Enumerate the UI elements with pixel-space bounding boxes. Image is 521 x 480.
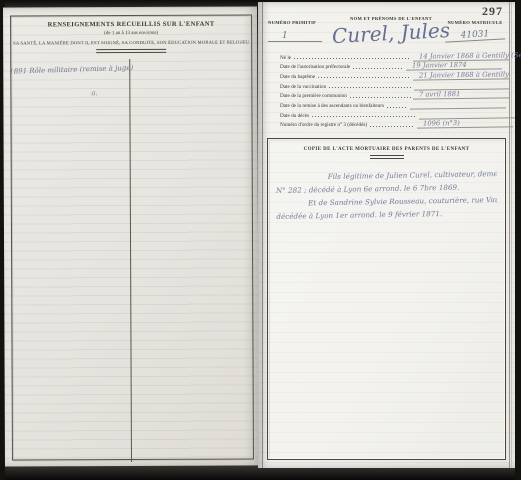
field-value-handwritten: 14 Janvier 1868 à Gentilly (Seine)	[413, 52, 509, 61]
left-page-frame	[10, 14, 254, 460]
left-page-header: RENSEIGNEMENTS RECUEILLIS SUR L'ENFANT (…	[13, 20, 249, 53]
child-identity-header: NUMÉRO PRIMITIF 1 NOM ET PRÉNOMS DE L'EN…	[266, 14, 505, 54]
left-page-divider	[96, 49, 166, 53]
dotted-leader	[328, 85, 412, 90]
dotted-leader	[386, 104, 408, 109]
field-value-handwritten: 19 Janvier 1874	[406, 62, 502, 71]
matricule-value: 41031	[445, 28, 505, 42]
field-row-deces: Date du décès	[280, 112, 501, 119]
left-page-subtitle: (de 1 an à 13 ans environs)	[13, 30, 249, 36]
field-value-handwritten: 7 avril 1881	[413, 91, 509, 100]
field-label: Date du baptême	[280, 74, 315, 80]
field-row-registre3: Numéro d'ordre du registre n° 3 (décédés…	[280, 122, 501, 129]
scan-edge-right	[515, 0, 521, 480]
mortuary-line: décédée à Lyon 1er arrond. le 9 février …	[276, 206, 497, 223]
mortuary-act-box: COPIE DE L'ACTE MORTUAIRE DES PARENTS DE…	[267, 138, 506, 460]
dotted-leader	[349, 94, 411, 99]
child-name-handwritten: Curel, Jules	[325, 18, 456, 49]
field-row-remise: Date de la remise à des ascendants ou bi…	[280, 102, 501, 109]
field-label: Date de la vaccination	[280, 84, 326, 90]
mortuary-box-title: COPIE DE L'ACTE MORTUAIRE DES PARENTS DE…	[268, 147, 505, 152]
right-edge-rule	[509, 2, 510, 468]
field-row-bapteme: Date du baptême 21 Janvier 1868 à Gentil…	[280, 73, 501, 80]
mortuary-box-divider	[370, 155, 404, 159]
child-name-block: NOM ET PRÉNOMS DE L'ENFANT Curel, Jules	[326, 16, 456, 45]
dotted-leader	[311, 114, 417, 119]
numero-primitif-block: NUMÉRO PRIMITIF 1	[268, 20, 320, 42]
field-label: Né le	[280, 55, 291, 61]
left-page-title: RENSEIGNEMENTS RECUEILLIS SUR L'ENFANT	[13, 20, 249, 28]
dotted-leader	[317, 75, 411, 80]
dotted-leader	[352, 65, 404, 70]
right-register-page: 297 NUMÉRO PRIMITIF 1 NOM ET PRÉNOMS DE …	[258, 2, 515, 468]
field-row-communion: Date de la première communion 7 avril 18…	[280, 93, 501, 100]
dotted-leader	[369, 123, 415, 128]
matricule-label: NUMÉRO MATRICULE	[445, 20, 505, 25]
left-page-subject-line: SA SANTÉ, LA MANIÈRE DONT IL EST SOIGNÉ,…	[13, 39, 249, 45]
field-value-handwritten: 1096 (n°3)	[417, 120, 513, 129]
field-label: Date de la première communion	[280, 93, 347, 99]
field-label: Date du décès	[280, 113, 309, 119]
binding-rule	[262, 2, 263, 468]
numero-primitif-label: NUMÉRO PRIMITIF	[268, 20, 320, 25]
field-label: Numéro d'ordre du registre n° 3 (décédés…	[280, 122, 367, 128]
matricule-block: NUMÉRO MATRICULE 41031	[445, 20, 505, 41]
handwritten-mark: a.	[91, 89, 97, 97]
scan-edge-bottom	[0, 466, 521, 480]
dotted-leader	[293, 56, 411, 61]
field-label: Date de la remise à des ascendants ou bi…	[280, 103, 384, 109]
registry-fields: Né le 14 Janvier 1868 à Gentilly (Seine)…	[280, 54, 501, 128]
field-row-ne-le: Né le 14 Janvier 1868 à Gentilly (Seine)	[280, 54, 501, 61]
field-row-vaccination: Date de la vaccination	[280, 83, 501, 90]
field-row-autorisation: Date de l'autorisation préfectorale 19 J…	[280, 64, 501, 71]
left-register-page: RENSEIGNEMENTS RECUEILLIS SUR L'ENFANT (…	[3, 6, 259, 466]
mortuary-handwritten-text: Fils légitime de Julien Curel, cultivate…	[276, 167, 498, 223]
numero-primitif-value: 1	[268, 31, 322, 42]
field-label: Date de l'autorisation préfectorale	[280, 64, 350, 70]
field-value-handwritten: 21 Janvier 1868 à Gentilly	[413, 71, 509, 80]
field-value-handwritten	[410, 107, 506, 109]
